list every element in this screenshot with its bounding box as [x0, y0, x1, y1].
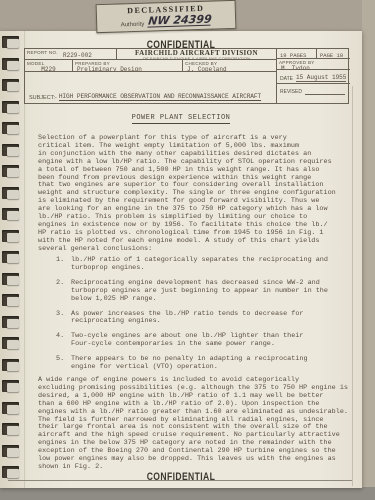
- scanned-document-photo: CONFIDENTIAL REPORT NO. R229-002 FAIRCHI…: [0, 0, 375, 500]
- binding-hole: [2, 359, 19, 371]
- pages-count: 19 PAGES: [277, 49, 316, 59]
- binding-comb-tooth: [7, 125, 19, 134]
- binding-hole: [2, 445, 19, 457]
- background-bottom-strip: [0, 487, 375, 500]
- list-item: 3. As power increases the lb./HP ratio t…: [56, 311, 356, 327]
- binding-comb-tooth: [7, 297, 19, 306]
- authority-handwritten-value: NW 24399: [148, 14, 213, 28]
- list-item: 5. There appears to be no penalty in ada…: [56, 356, 356, 372]
- report-number-value: R229-002: [63, 52, 92, 59]
- binding-comb-tooth: [7, 61, 19, 70]
- binding-hole: [2, 58, 19, 70]
- binding-hole: [2, 402, 19, 414]
- binding-comb-tooth: [7, 319, 19, 328]
- date-value: 15 August 1955: [296, 74, 346, 82]
- binding-hole: [2, 294, 19, 306]
- subject-cell: SUBJECT:- HIGH PERFORMANCE OBSERVATION A…: [25, 72, 277, 104]
- spiral-binding: [2, 36, 22, 484]
- binding-hole: [2, 251, 19, 263]
- binding-hole: [2, 316, 19, 328]
- binding-comb-tooth: [7, 362, 19, 371]
- binding-hole: [2, 208, 19, 220]
- binding-comb-tooth: [7, 448, 19, 457]
- binding-comb-tooth: [7, 233, 19, 242]
- binding-comb-tooth: [7, 147, 19, 156]
- section-title: POWER PLANT SELECTION: [0, 114, 362, 122]
- revised-blank-line: [305, 88, 345, 95]
- revised-label: REVISED: [280, 89, 302, 95]
- list-item: 1. lb./HP ratio of 1 categorically separ…: [56, 257, 356, 273]
- prepared-by-cell: PREPARED BY Preliminary Design: [73, 60, 183, 72]
- pages-cell: 19 PAGES: [277, 49, 317, 59]
- checked-by-cell: CHECKED BY J. Copeland: [183, 60, 277, 72]
- report-header-form: REPORT NO. R229-002 FAIRCHILD AIRCRAFT D…: [24, 48, 349, 104]
- list-item: 2. Reciprocating engine development has …: [56, 280, 356, 304]
- binding-comb-tooth: [7, 340, 19, 349]
- conclusions-list: 1. lb./HP ratio of 1 categorically separ…: [56, 257, 356, 379]
- binding-hole: [2, 165, 19, 177]
- declassified-stamp: DECLASSIFIED Authority NW 24399: [96, 0, 237, 33]
- binding-hole: [2, 79, 19, 91]
- binding-hole: [2, 337, 19, 349]
- revised-cell: REVISED: [277, 84, 350, 105]
- binding-comb-tooth: [7, 168, 19, 177]
- paragraph-1: Selection of a powerplant for this type …: [38, 135, 356, 254]
- report-page: CONFIDENTIAL REPORT NO. R229-002 FAIRCHI…: [0, 31, 362, 488]
- binding-comb-tooth: [7, 82, 19, 91]
- binding-hole: [2, 122, 19, 134]
- authority-label: Authority: [121, 22, 145, 29]
- paragraph-2: A wide range of engine powers is include…: [38, 377, 358, 472]
- binding-comb-tooth: [7, 104, 19, 113]
- binding-comb-tooth: [7, 426, 19, 435]
- binding-hole: [2, 187, 19, 199]
- binding-comb-tooth: [7, 190, 19, 199]
- page-number: PAGE 10: [317, 49, 350, 59]
- approved-by-cell: APPROVED BY M. Tydon: [277, 59, 350, 70]
- binding-hole: [2, 144, 19, 156]
- binding-comb-tooth: [7, 383, 19, 392]
- list-item: 4. Two-cycle engines are about one lb./H…: [56, 333, 356, 349]
- binding-comb-tooth: [7, 276, 19, 285]
- page-number-cell: PAGE 10: [317, 49, 350, 59]
- binding-hole: [2, 423, 19, 435]
- binding-comb-tooth: [7, 469, 19, 478]
- binding-hole: [2, 101, 19, 113]
- binding-comb-tooth: [7, 405, 19, 414]
- classification-stamp-bottom: CONFIDENTIAL: [40, 471, 322, 483]
- background-right-strip: [362, 0, 375, 488]
- subject-value: HIGH PERFORMANCE OBSERVATION AND RECONNA…: [59, 93, 261, 101]
- model-cell: MODEL M229: [25, 60, 73, 72]
- binding-comb-tooth: [7, 211, 19, 220]
- binding-hole: [2, 380, 19, 392]
- company-cell: FAIRCHILD AIRCRAFT DIVISION OF FAIRCHILD…: [117, 49, 277, 60]
- binding-hole: [2, 36, 19, 48]
- binding-hole: [2, 466, 19, 478]
- date-cell: DATE 15 August 1955: [277, 70, 350, 84]
- binding-hole: [2, 273, 19, 285]
- date-label: DATE: [280, 76, 293, 82]
- report-number-cell: REPORT NO. R229-002: [25, 49, 117, 60]
- subject-label: SUBJECT:-: [29, 95, 57, 101]
- binding-hole: [2, 230, 19, 242]
- binding-comb-tooth: [7, 254, 19, 263]
- binding-comb-tooth: [7, 39, 19, 48]
